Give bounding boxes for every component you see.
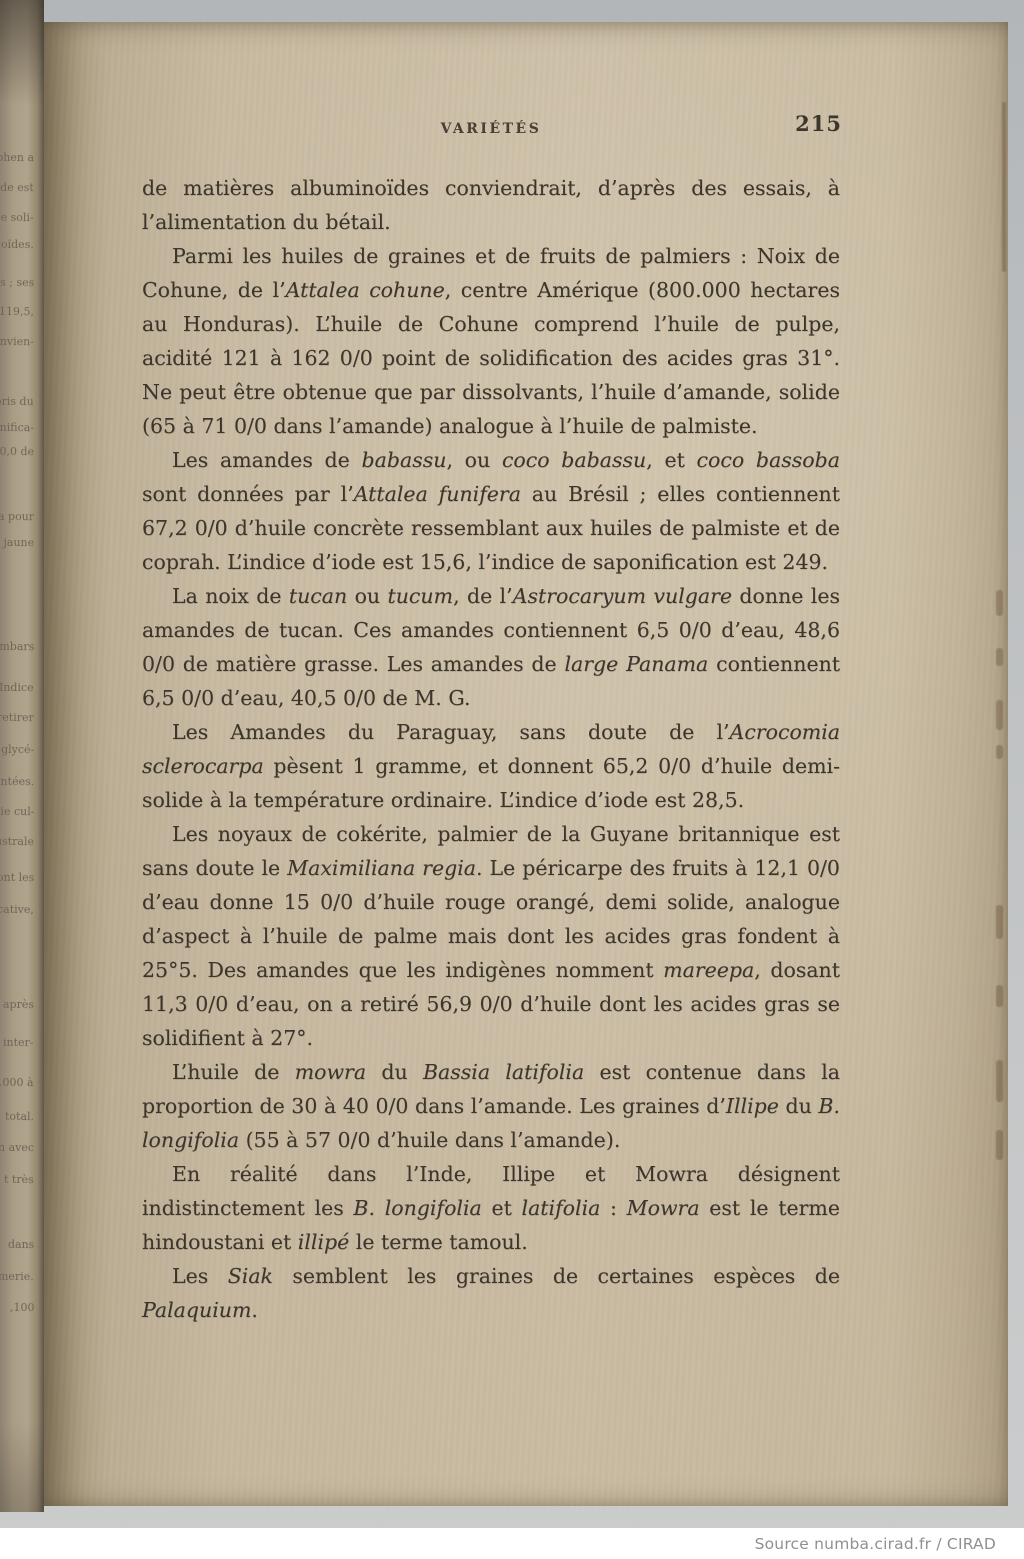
body-text: du (779, 1094, 819, 1118)
gutter-text-fragment: oïdes. (1, 239, 34, 250)
body-text: La noix de (172, 584, 289, 608)
species-name: illipé (298, 1230, 349, 1254)
gutter-text-fragment: e inter- (0, 1037, 34, 1048)
gutter-text-fragment: se soli- (0, 212, 34, 223)
body-text: ou (347, 584, 387, 608)
gutter-text-fragment: ont les (0, 872, 34, 883)
book-page: VARIÉTÉS 215 de matières albuminoïdes co… (44, 22, 1008, 1506)
adjacent-page-sliver: rphen al’iode estse soli-oïdes.llus ; se… (0, 0, 44, 1512)
running-header-title: VARIÉTÉS (441, 121, 542, 137)
gutter-text-fragment: merie. (0, 1271, 34, 1282)
species-name: Siak (228, 1264, 273, 1288)
paragraph: En réalité dans l’Inde, Illipe et Mowra … (142, 1157, 840, 1259)
credit-bar: Source numba.cirad.fr / CIRAD (0, 1528, 1024, 1559)
gutter-text-fragment: o glycé- (0, 744, 34, 755)
species-name: large Panama (564, 652, 708, 676)
gutter-text-fragment: antées. (0, 776, 34, 787)
body-text: , et (646, 448, 696, 472)
body-text: . (251, 1298, 258, 1322)
gutter-text-fragment: t très (4, 1174, 34, 1185)
gutter-text-fragment: n avec (0, 1142, 34, 1153)
gutter-text-fragment: mie cul- (0, 806, 34, 817)
page-edge-mark (996, 905, 1003, 939)
page-edge-mark (996, 590, 1003, 616)
paragraph: Les noyaux de cokérite, palmier de la Gu… (142, 817, 840, 1055)
paragraph: Les amandes de babassu, ou coco babassu,… (142, 443, 840, 579)
body-text: Les amandes de (172, 448, 362, 472)
body-text: , centre Amérique (800.000 hectares au H… (142, 278, 840, 438)
species-name: Astrocaryum vulgare (513, 584, 732, 608)
species-name: Palaquium (142, 1298, 251, 1322)
page-edge-mark (1002, 102, 1006, 272)
paragraph: Les Amandes du Paraguay, sans doute de l… (142, 715, 840, 817)
gutter-text-fragment: convien- (0, 336, 34, 347)
species-name: mareepa (663, 958, 754, 982)
body-text: du (366, 1060, 423, 1084)
gutter-text-fragment: ustrale (0, 836, 34, 847)
gutter-text-fragment: oris du (0, 396, 34, 407)
page-edge-mark (996, 985, 1003, 1007)
running-header: VARIÉTÉS 215 (142, 118, 840, 144)
gutter-text-fragment: llus ; ses (0, 277, 34, 289)
paragraph: Les Siak semblent les graines de certain… (142, 1259, 840, 1327)
gutter-text-fragment: Dambars (0, 641, 34, 653)
text-body: de matières albuminoïdes conviendrait, d… (142, 171, 840, 1327)
gutter-text-fragment: e retirer (0, 712, 34, 723)
body-text: (55 à 57 0/0 d’huile dans l’amande). (239, 1128, 620, 1152)
body-text: Les Amandes du Paraguay, sans doute de l… (172, 720, 730, 744)
species-name: latifolia (522, 1196, 601, 1220)
species-name: Bassia latifolia (423, 1060, 584, 1084)
printed-text-block: VARIÉTÉS 215 de matières albuminoïdes co… (142, 118, 840, 1327)
species-name: mowra (295, 1060, 366, 1084)
body-text: le terme tamoul. (349, 1230, 528, 1254)
book-scan: rphen al’iode estse soli-oïdes.llus ; se… (0, 0, 1024, 1559)
species-name: Attalea funifera (354, 482, 521, 506)
gutter-text-fragment: cative, (0, 904, 34, 915)
species-name: Attalea cohune (286, 278, 445, 302)
gutter-text-fragment: après (3, 999, 34, 1010)
species-name: Mowra (627, 1196, 700, 1220)
body-text: et (482, 1196, 522, 1220)
gutter-text-fragment: total. (5, 1111, 34, 1122)
page-number: 215 (795, 111, 842, 136)
body-text: L’huile de (172, 1060, 295, 1084)
body-text: , de l’ (453, 584, 513, 608)
species-name: tucum (387, 584, 453, 608)
gutter-text-fragment: 0.000 à (0, 1077, 34, 1088)
species-name: Illipe (726, 1094, 779, 1118)
species-name: B. longifolia (353, 1196, 481, 1220)
gutter-text-fragment: l’iode est (0, 182, 34, 194)
body-text: , ou (446, 448, 501, 472)
page-edge-mark (996, 1130, 1003, 1160)
page-edge-mark (996, 700, 1003, 730)
page-edge-mark (996, 648, 1003, 666)
body-text: : (600, 1196, 626, 1220)
paragraph: La noix de tucan ou tucum, de l’Astrocar… (142, 579, 840, 715)
species-name: coco bassoba (697, 448, 840, 472)
gutter-text-fragment: rphen a (0, 152, 34, 163)
page-edge-mark (996, 1060, 1003, 1102)
gutter-text-fragment: ,100 (9, 1302, 34, 1313)
paragraph: L’huile de mowra du Bassia latifolia est… (142, 1055, 840, 1157)
body-text: de matières albuminoïdes conviendrait, d… (142, 176, 840, 234)
gutter-text-fragment: . Indice (0, 682, 34, 693)
species-name: coco babassu (502, 448, 646, 472)
species-name: tucan (289, 584, 347, 608)
gutter-text-fragment: e a pour (0, 511, 34, 522)
body-text: semblent les graines de certaines espèce… (273, 1264, 840, 1288)
species-name: babassu (362, 448, 447, 472)
page-edge-mark (996, 745, 1003, 759)
gutter-text-fragment: 5 0,0 de (0, 446, 34, 457)
body-text: sont données par l’ (142, 482, 354, 506)
gutter-text-fragment: dans (8, 1239, 34, 1250)
body-text: Les (172, 1264, 228, 1288)
gutter-text-fragment: e, jaune (0, 537, 34, 548)
gutter-text-fragment: de 119,5, (0, 306, 34, 318)
source-credit: Source numba.cirad.fr / CIRAD (755, 1535, 996, 1553)
species-name: Maximiliana regia (287, 856, 476, 880)
paragraph: de matières albuminoïdes conviendrait, d… (142, 171, 840, 239)
paragraph: Parmi les huiles de graines et de fruits… (142, 239, 840, 443)
gutter-text-fragment: ponifica- (0, 422, 34, 434)
